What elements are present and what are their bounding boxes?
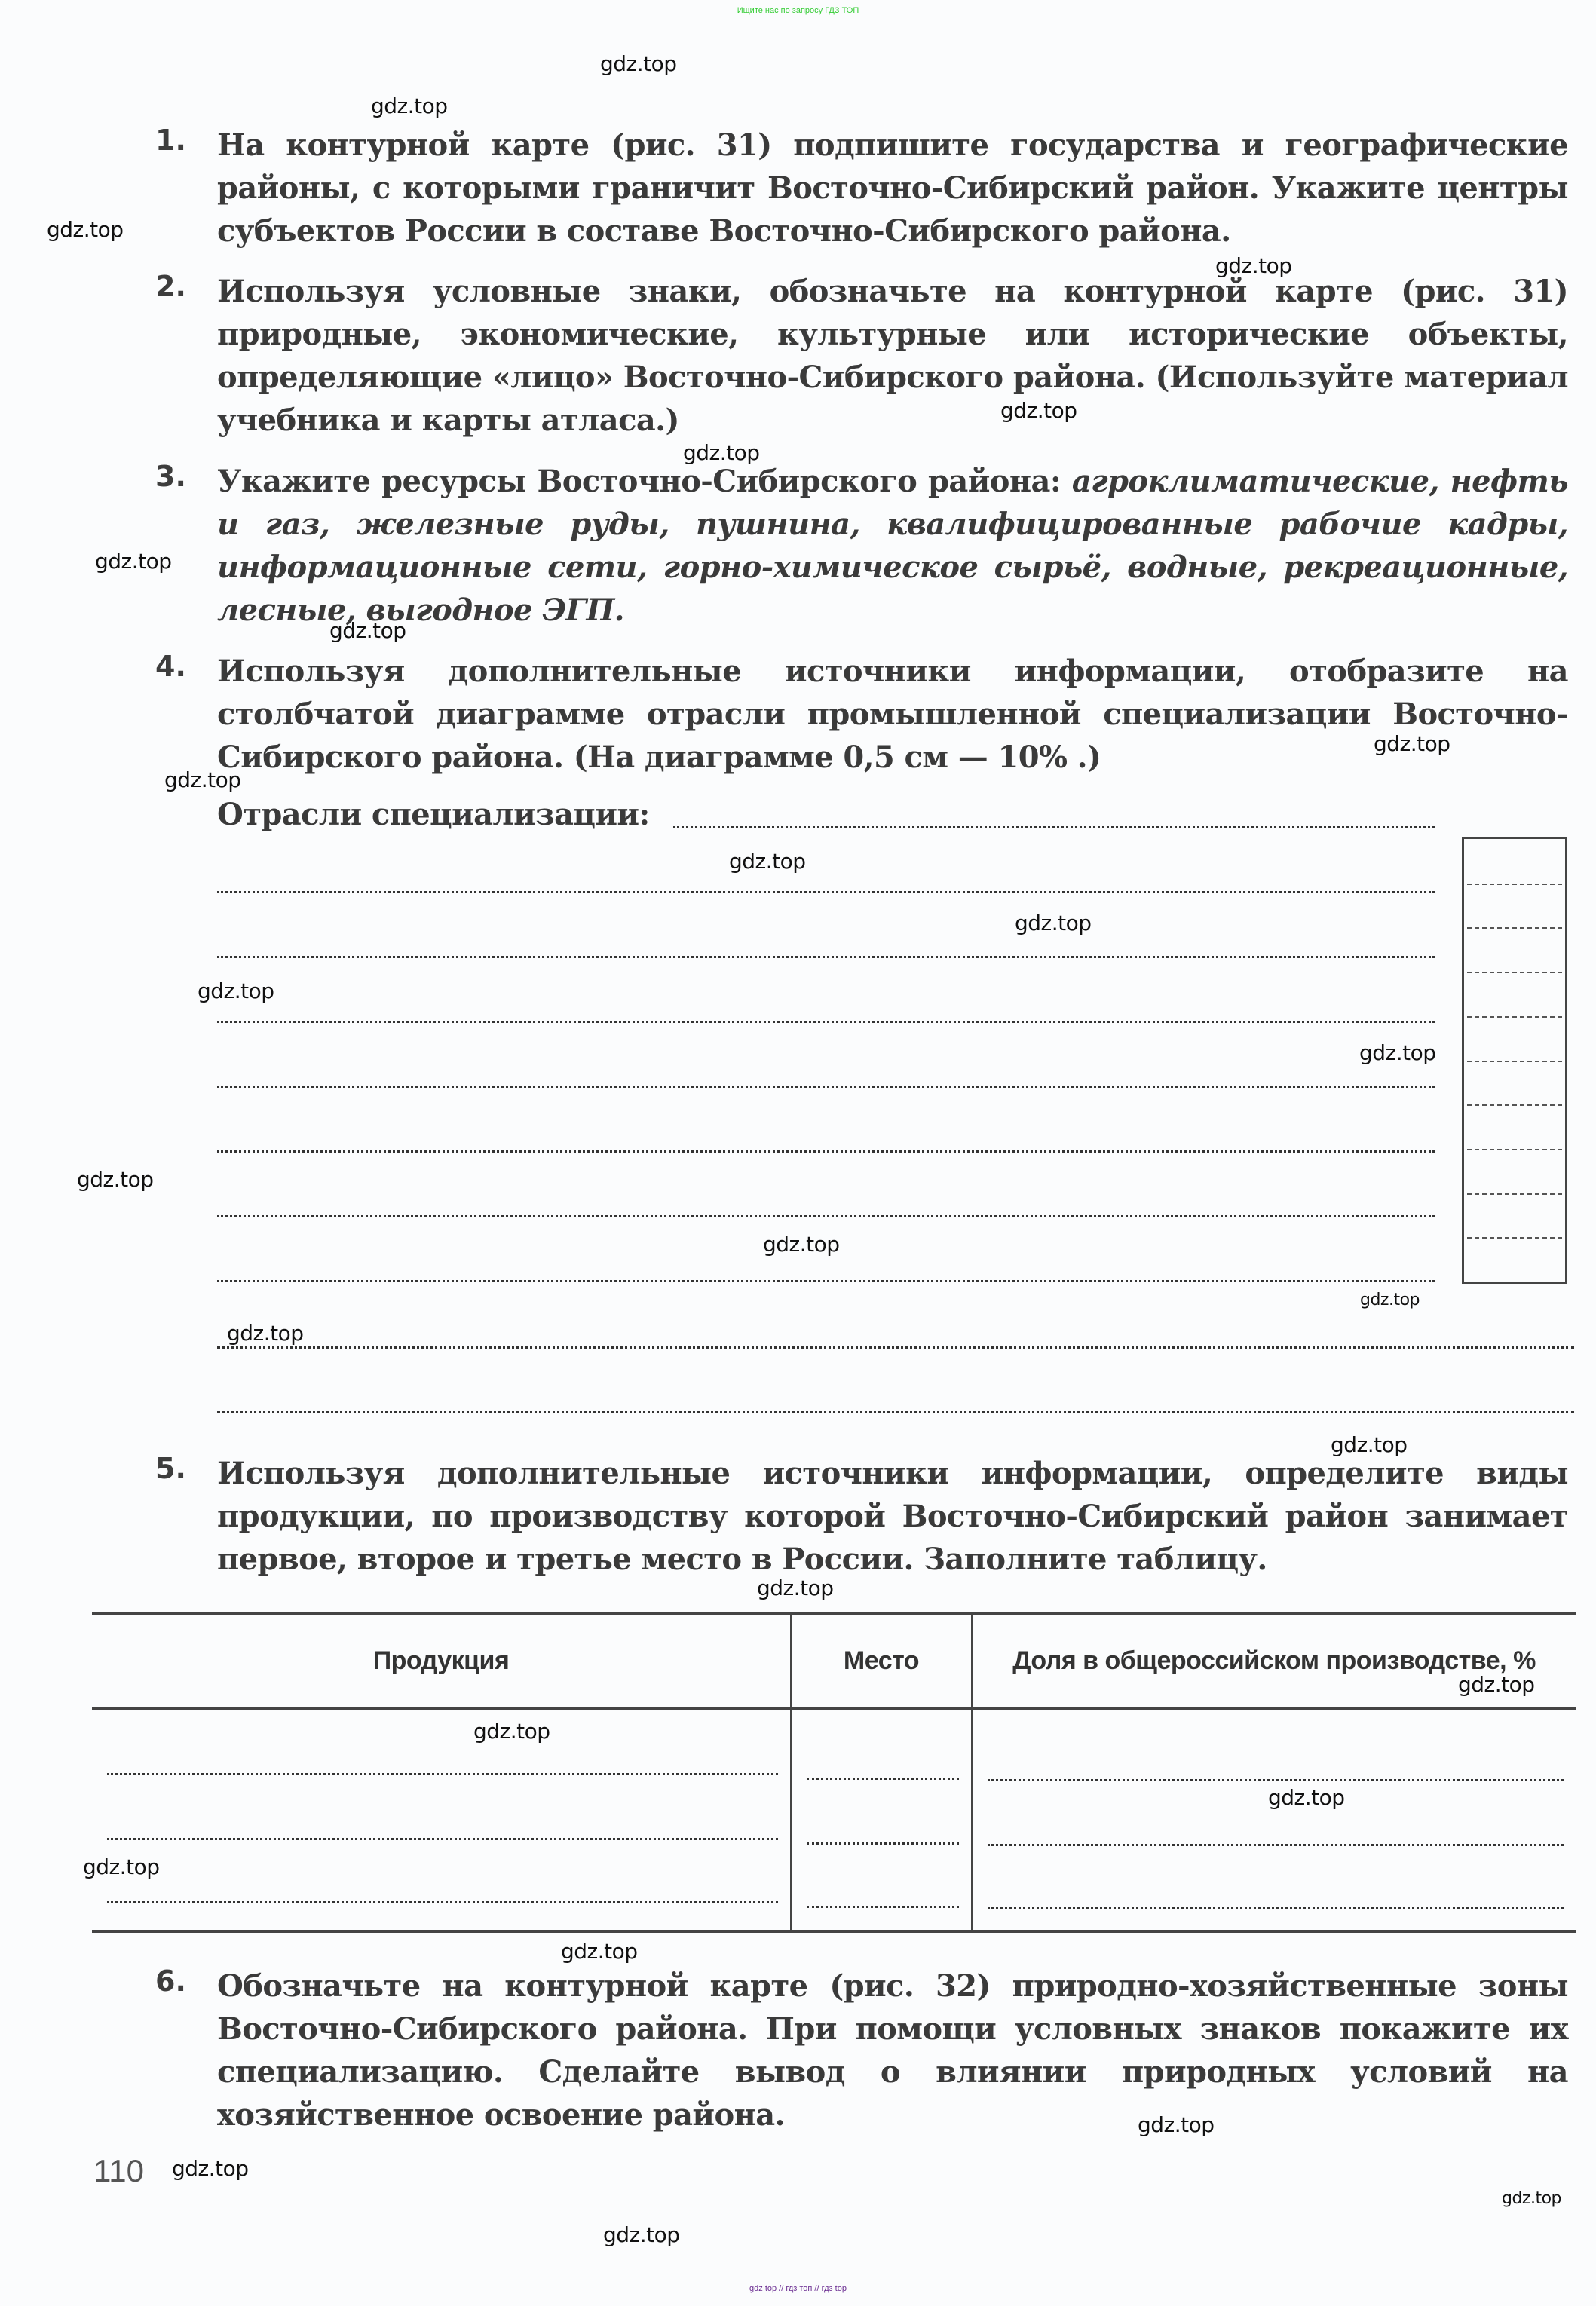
task-5: 5. Используя дополнительные источники ин… bbox=[155, 1452, 1568, 1581]
header-product: Продукция bbox=[92, 1613, 791, 1708]
answer-line[interactable] bbox=[217, 1411, 1574, 1413]
watermark: gdz.top bbox=[227, 1321, 304, 1346]
place-cell[interactable] bbox=[791, 1708, 972, 1931]
header-share: Доля в общероссийском производстве, % bbox=[972, 1613, 1576, 1708]
bar-diagram-frame[interactable] bbox=[1462, 837, 1567, 1284]
watermark: gdz.top bbox=[371, 93, 448, 118]
task-text: Используя дополнительные источники инфор… bbox=[217, 650, 1568, 779]
task-number: 2. bbox=[155, 270, 186, 303]
answer-line[interactable] bbox=[217, 1280, 1435, 1282]
task-number: 1. bbox=[155, 124, 186, 157]
answer-line[interactable] bbox=[217, 1086, 1435, 1088]
diagram-division-line bbox=[1467, 1104, 1562, 1106]
watermark: gdz.top bbox=[1359, 1040, 1436, 1065]
watermark: gdz.top bbox=[198, 978, 274, 1003]
diagram-division-line bbox=[1467, 884, 1562, 885]
bottom-banner: gdz top // гдз топ // гдз top bbox=[0, 2284, 1596, 2293]
watermark: gdz.top bbox=[1360, 1291, 1420, 1309]
watermark: gdz.top bbox=[763, 1232, 840, 1257]
watermark: gdz.top bbox=[1015, 911, 1092, 936]
answer-line[interactable] bbox=[673, 826, 1435, 828]
product-cell[interactable] bbox=[92, 1708, 791, 1931]
watermark: gdz.top bbox=[1502, 2189, 1561, 2208]
diagram-division-line bbox=[1467, 972, 1562, 973]
page-number: 110 bbox=[93, 2153, 144, 2189]
watermark: gdz.top bbox=[47, 217, 124, 242]
diagram-division-line bbox=[1467, 1149, 1562, 1150]
production-table: Продукция Место Доля в общероссийском пр… bbox=[92, 1612, 1576, 1933]
watermark: gdz.top bbox=[600, 51, 677, 76]
watermark: gdz.top bbox=[603, 2222, 680, 2247]
watermark: gdz.top bbox=[172, 2156, 249, 2181]
answer-line[interactable] bbox=[217, 1150, 1435, 1153]
answer-line[interactable] bbox=[217, 1346, 1574, 1349]
answer-line[interactable] bbox=[217, 1021, 1435, 1023]
diagram-division-line bbox=[1467, 1237, 1562, 1239]
task-6: 6. Обозначьте на контурной карте (рис. 3… bbox=[155, 1965, 1568, 2136]
task-number: 5. bbox=[155, 1452, 186, 1485]
diagram-division-line bbox=[1467, 1061, 1562, 1062]
task-3: 3. Укажите ресурсы Восточно-Сибирского р… bbox=[155, 460, 1568, 632]
diagram-division-line bbox=[1467, 1016, 1562, 1018]
task-number: 4. bbox=[155, 650, 186, 683]
share-cell[interactable] bbox=[972, 1708, 1576, 1931]
task-4: 4. Используя дополнительные источники ин… bbox=[155, 650, 1568, 779]
watermark: gdz.top bbox=[729, 849, 806, 874]
header-place: Место bbox=[791, 1613, 972, 1708]
task-text: На контурной карте (рис. 31) подпишите г… bbox=[217, 124, 1568, 253]
task-number: 3. bbox=[155, 460, 186, 493]
diagram-division-line bbox=[1467, 1193, 1562, 1195]
task-text: Обозначьте на контурной карте (рис. 32) … bbox=[217, 1965, 1568, 2136]
watermark: gdz.top bbox=[77, 1167, 154, 1192]
task-text: Используя условные знаки, обозначьте на … bbox=[217, 270, 1568, 442]
task-text-plain: Укажите ресурсы Восточно-Сибирского райо… bbox=[217, 464, 1061, 499]
diagram-division-line bbox=[1467, 927, 1562, 929]
task-1: 1. На контурной карте (рис. 31) подпишит… bbox=[155, 124, 1568, 253]
task-text: Укажите ресурсы Восточно-Сибирского райо… bbox=[217, 460, 1568, 632]
task-2: 2. Используя условные знаки, обозначьте … bbox=[155, 270, 1568, 442]
answer-line[interactable] bbox=[217, 956, 1435, 958]
answer-line[interactable] bbox=[217, 891, 1435, 893]
watermark: gdz.top bbox=[561, 1939, 638, 1964]
top-banner: Ищите нас по запросу ГДЗ ТОП bbox=[0, 6, 1596, 15]
specialization-label: Отрасли специализации: bbox=[217, 797, 650, 832]
answer-line[interactable] bbox=[217, 1215, 1435, 1217]
task-number: 6. bbox=[155, 1965, 186, 1998]
task-text: Используя дополнительные источники инфор… bbox=[217, 1452, 1568, 1581]
